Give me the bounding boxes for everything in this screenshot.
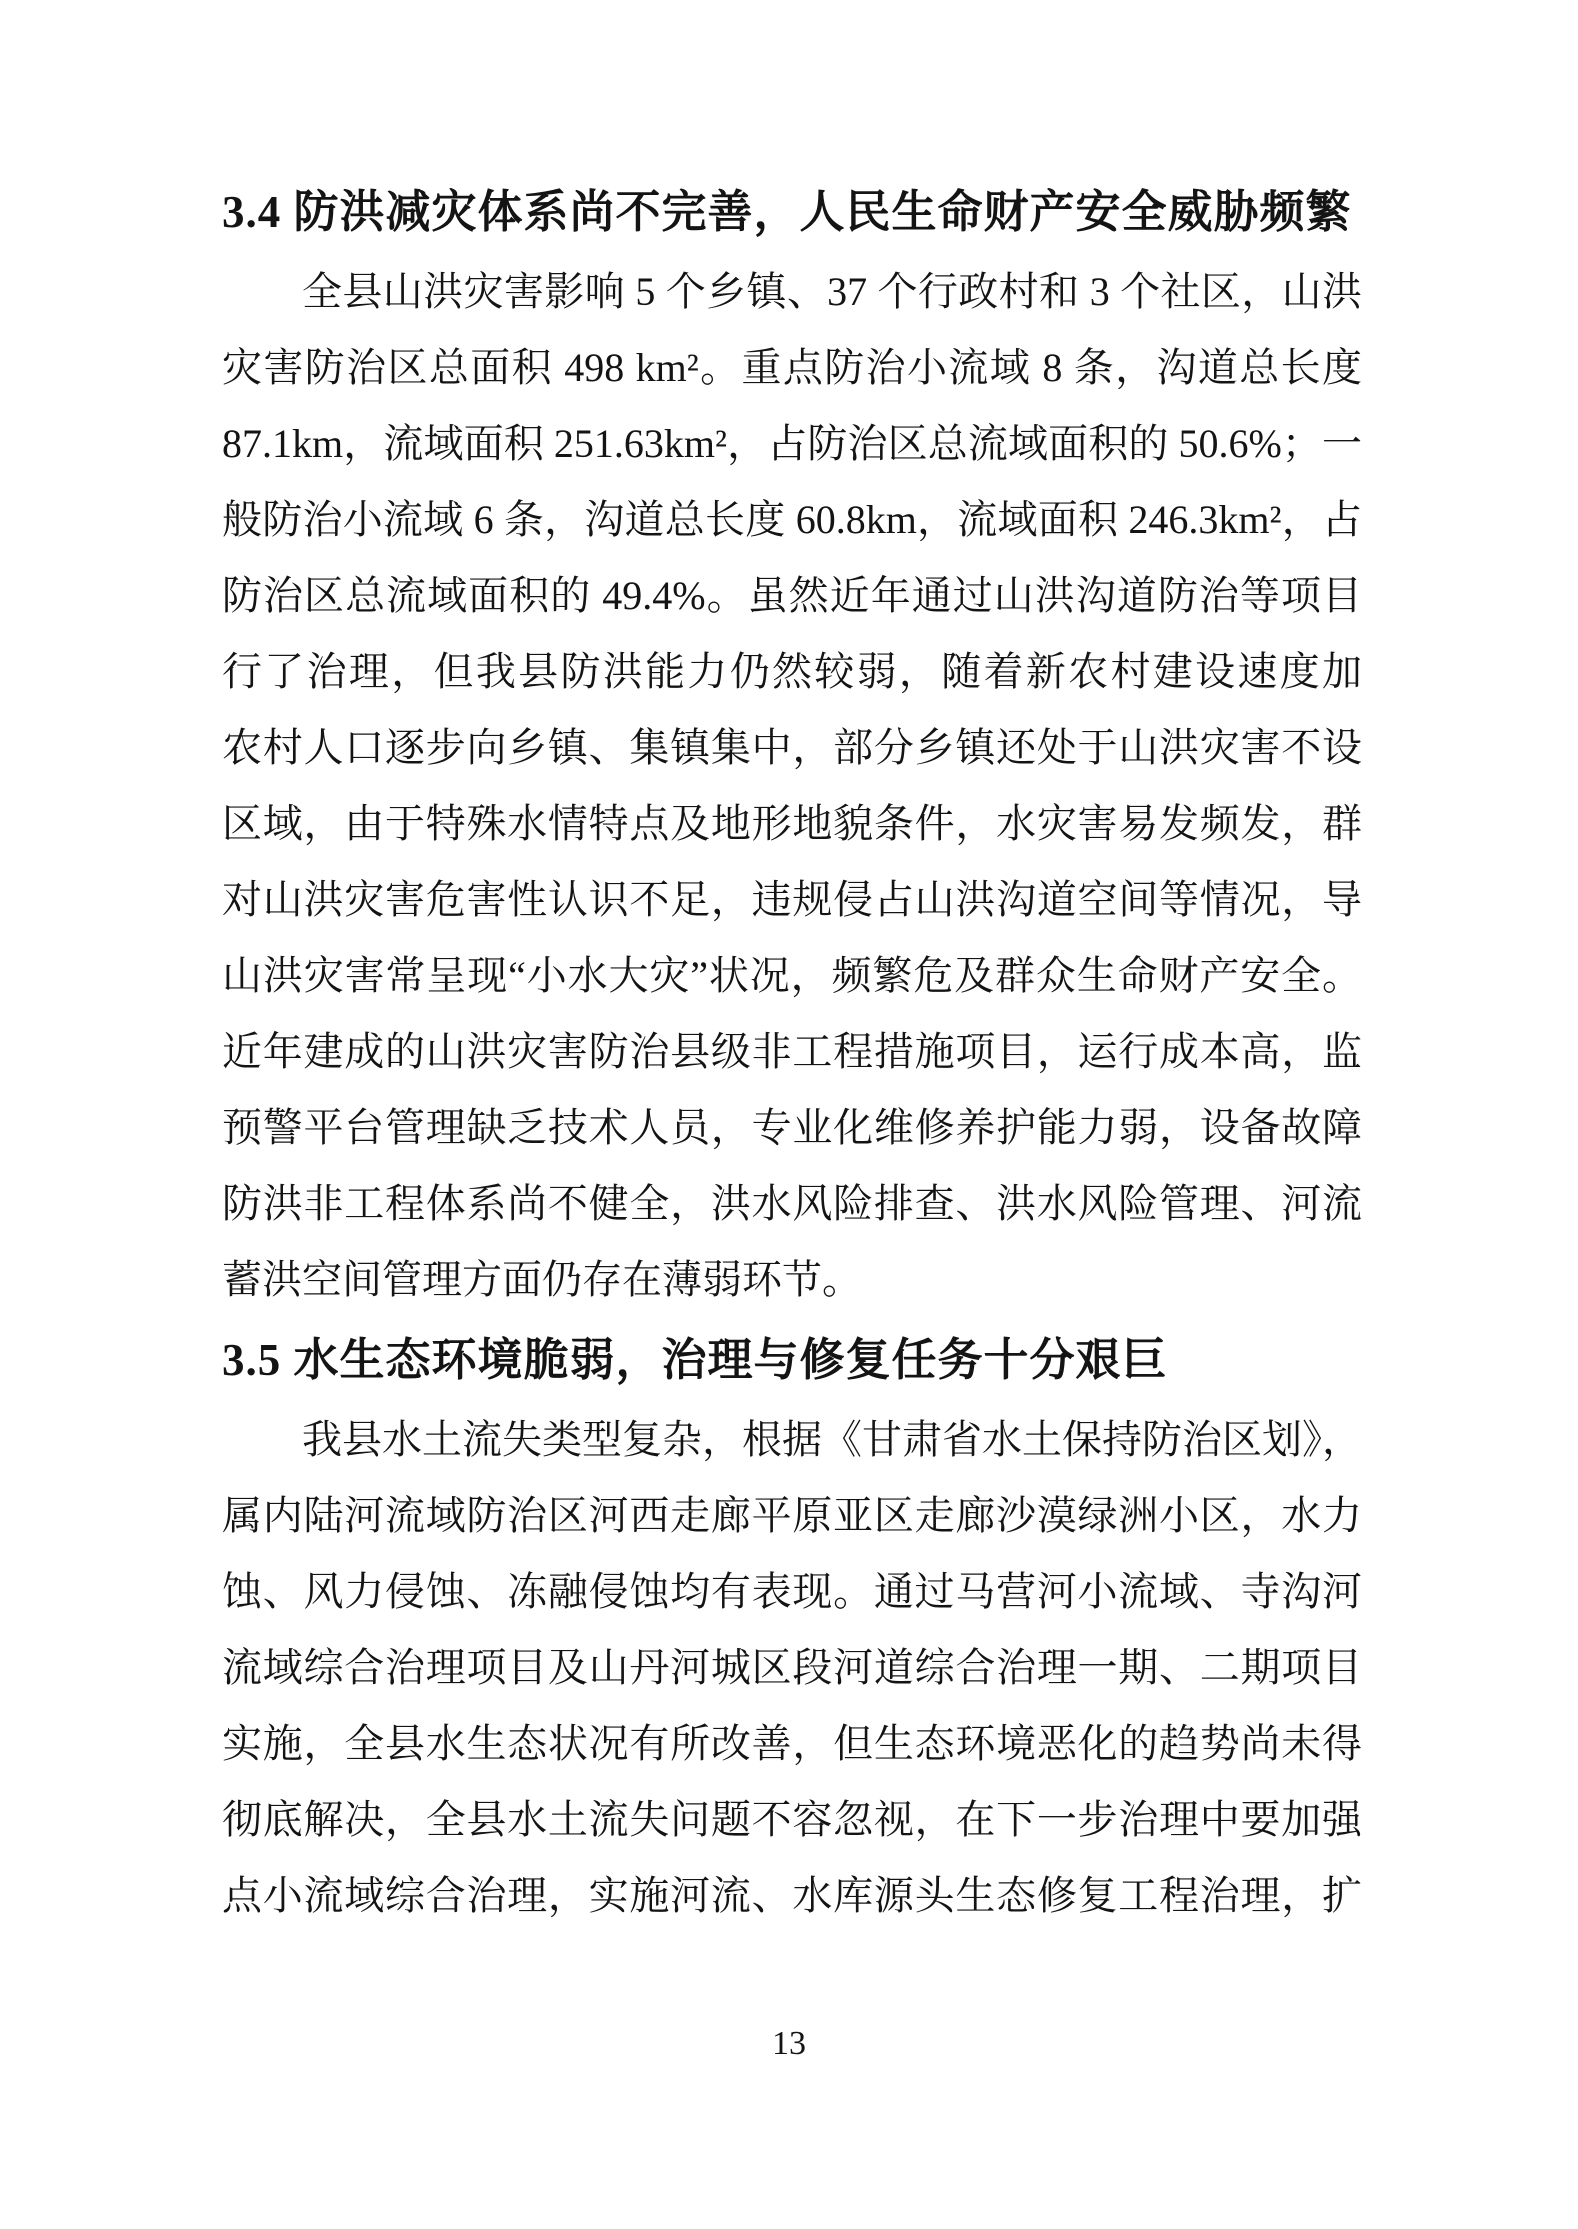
- body-line: 87.1km，流域面积 251.63km²，占防治区总流域面积的 50.6%；一: [222, 406, 1362, 482]
- section-3-5-heading: 3.5 水生态环境脆弱，治理与修复任务十分艰巨: [222, 1318, 1362, 1402]
- page-content: 3.4 防洪减灾体系尚不完善，人民生命财产安全威胁频繁 全县山洪灾害影响 5 个…: [222, 170, 1362, 1934]
- page-number: 13: [0, 2022, 1578, 2066]
- body-line: 蓄洪空间管理方面仍存在薄弱环节。: [222, 1242, 1362, 1318]
- body-line: 对山洪灾害危害性认识不足，违规侵占山洪沟道空间等情况，导致: [222, 862, 1362, 938]
- body-line: 全县山洪灾害影响 5 个乡镇、37 个行政村和 3 个社区，山洪: [222, 254, 1362, 330]
- body-line: 属内陆河流域防治区河西走廊平原亚区走廊沙漠绿洲小区，水力侵: [222, 1478, 1362, 1554]
- body-line: 防洪非工程体系尚不健全，洪水风险排查、洪水风险管理、河流行: [222, 1166, 1362, 1242]
- body-line: 般防治小流域 6 条，沟道总长度 60.8km，流域面积 246.3km²，占: [222, 482, 1362, 558]
- body-line: 点小流域综合治理，实施河流、水库源头生态修复工程治理，扩大: [222, 1858, 1362, 1934]
- body-line: 农村人口逐步向乡镇、集镇集中，部分乡镇还处于山洪灾害不设防: [222, 710, 1362, 786]
- body-line: 流域综合治理项目及山丹河城区段河道综合治理一期、二期项目的: [222, 1630, 1362, 1706]
- body-line: 区域，由于特殊水情特点及地形地貌条件，水灾害易发频发，群众: [222, 786, 1362, 862]
- body-line: 彻底解决，全县水土流失问题不容忽视，在下一步治理中要加强重: [222, 1782, 1362, 1858]
- body-line: 蚀、风力侵蚀、冻融侵蚀均有表现。通过马营河小流域、寺沟河小: [222, 1554, 1362, 1630]
- body-line: 防治区总流域面积的 49.4%。虽然近年通过山洪沟道防治等项目进: [222, 558, 1362, 634]
- body-line: 实施，全县水生态状况有所改善，但生态环境恶化的趋势尚未得到: [222, 1706, 1362, 1782]
- body-line: 山洪灾害常呈现“小水大灾”状况，频繁危及群众生命财产安全。: [222, 938, 1362, 1014]
- body-line: 灾害防治区总面积 498 km²。重点防治小流域 8 条，沟道总长度: [222, 330, 1362, 406]
- body-line: 预警平台管理缺乏技术人员，专业化维修养护能力弱，设备故障多，: [222, 1090, 1362, 1166]
- body-line: 行了治理，但我县防洪能力仍然较弱，随着新农村建设速度加快，: [222, 634, 1362, 710]
- document-page: 3.4 防洪减灾体系尚不完善，人民生命财产安全威胁频繁 全县山洪灾害影响 5 个…: [0, 0, 1578, 2229]
- body-line: 近年建成的山洪灾害防治县级非工程措施项目，运行成本高，监测: [222, 1014, 1362, 1090]
- section-3-4-heading: 3.4 防洪减灾体系尚不完善，人民生命财产安全威胁频繁: [222, 170, 1362, 254]
- body-line: 我县水土流失类型复杂，根据《甘肃省水土保持防治区划》，: [222, 1402, 1362, 1478]
